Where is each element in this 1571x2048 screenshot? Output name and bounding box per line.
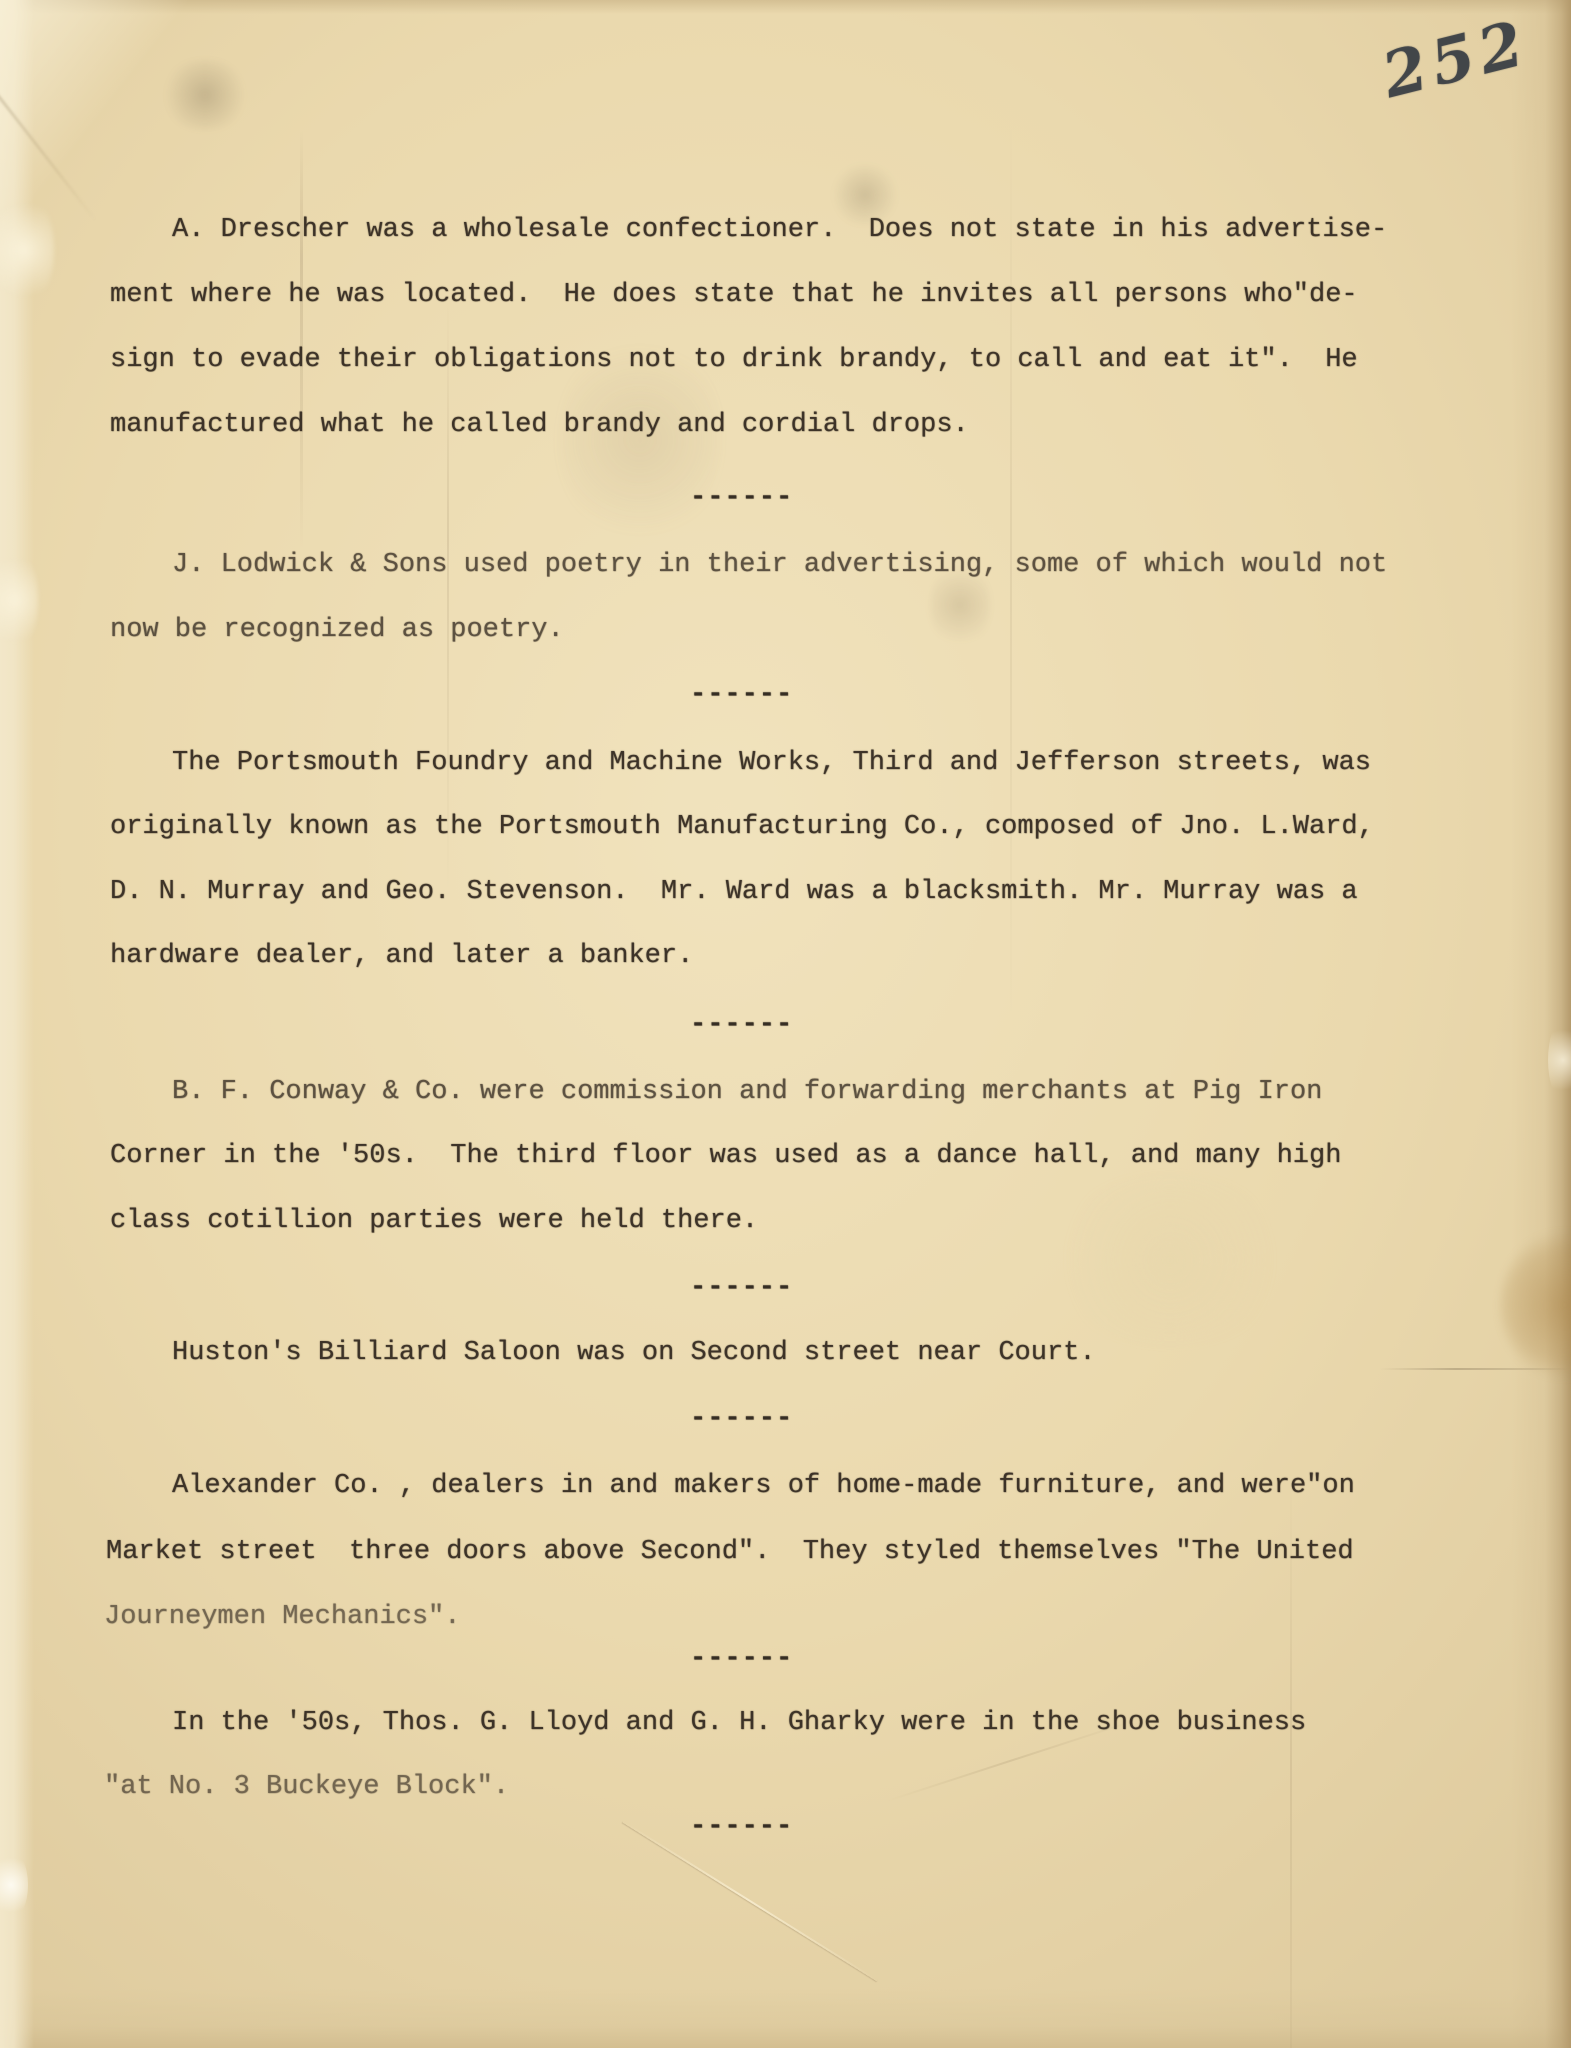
typed-line: "at No. 3 Buckeye Block". (104, 1772, 509, 1802)
typed-line: The Portsmouth Foundry and Machine Works… (172, 748, 1371, 778)
crease (1380, 1368, 1570, 1370)
section-divider: ------ (690, 1812, 793, 1842)
crease (447, 300, 449, 900)
torn-edge (1548, 1020, 1571, 1100)
typed-line: hardware dealer, and later a banker. (110, 941, 693, 971)
stain (1500, 1230, 1571, 1380)
stain (1050, 1180, 1290, 1340)
typed-line: now be recognized as poetry. (110, 615, 564, 645)
page-number-handwritten: 252 (1375, 0, 1571, 148)
section-divider: ------ (690, 1010, 793, 1040)
section-divider: ------ (690, 680, 793, 710)
typed-line: B. F. Conway & Co. were commission and f… (172, 1077, 1322, 1107)
typed-line: D. N. Murray and Geo. Stevenson. Mr. War… (110, 877, 1358, 907)
typed-line: In the '50s, Thos. G. Lloyd and G. H. Gh… (172, 1708, 1306, 1738)
typed-line: manufactured what he called brandy and c… (110, 410, 969, 440)
typed-line: ment where he was located. He does state… (110, 280, 1358, 310)
section-divider: ------ (690, 483, 793, 513)
typed-line: Corner in the '50s. The third floor was … (110, 1141, 1341, 1171)
torn-edge (0, 545, 38, 655)
torn-edge (0, 1850, 28, 1920)
section-divider: ------ (690, 1404, 793, 1434)
crease (622, 1821, 877, 1982)
typed-line: A. Drescher was a wholesale confectioner… (172, 215, 1387, 245)
typed-line: Journeymen Mechanics". (104, 1602, 460, 1632)
typed-line: Huston's Billiard Saloon was on Second s… (172, 1338, 1096, 1368)
torn-edge (0, 190, 54, 310)
document-page: 252 A. Drescher was a wholesale confecti… (0, 0, 1571, 2048)
crease (300, 130, 303, 550)
typed-line: Market street three doors above Second".… (106, 1537, 1354, 1567)
typed-line: J. Lodwick & Sons used poetry in their a… (172, 550, 1387, 580)
corner-fold-crease (0, 70, 97, 222)
typed-line: originally known as the Portsmouth Manuf… (110, 812, 1374, 842)
stain (160, 60, 250, 130)
typed-line: class cotillion parties were held there. (110, 1206, 758, 1236)
typed-line: Alexander Co. , dealers in and makers of… (172, 1471, 1355, 1501)
section-divider: ------ (690, 1273, 793, 1303)
section-divider: ------ (690, 1644, 793, 1674)
typed-line: sign to evade their obligations not to d… (110, 345, 1358, 375)
